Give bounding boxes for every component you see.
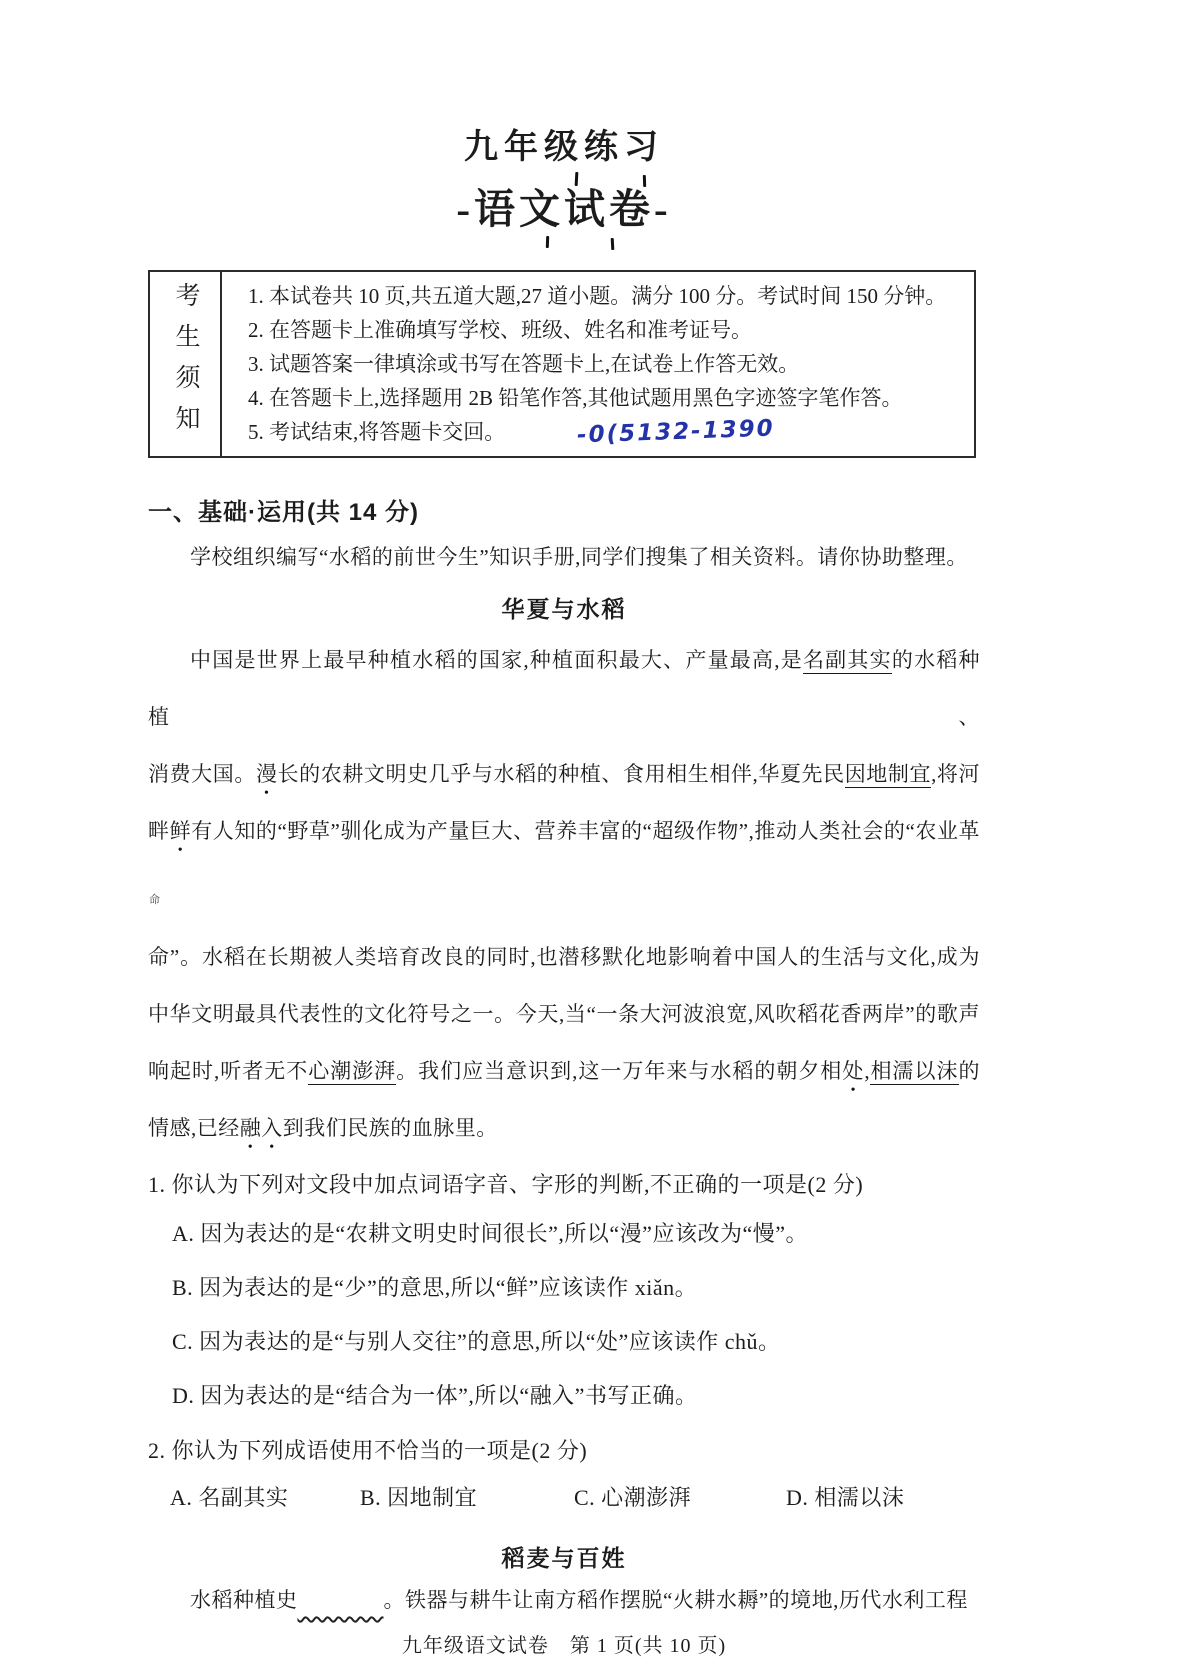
passage-line: 响起时,听者无不心潮澎湃。我们应当意识到,这一万年来与水稻的朝夕相处,相濡以沫的 [148,1043,980,1100]
text-segment-underline: 心潮澎湃 [308,1059,396,1085]
question-1-option-c: C. 因为表达的是“与别人交往”的意思,所以“处”应该读作 chǔ。 [148,1315,980,1369]
text-segment-dot: 融 [240,1116,262,1140]
passage-line: 中国是世界上最早种植水稻的国家,种植面积最大、产量最高,是名副其实的水稻种植、 [148,632,980,746]
notice-item: 4. 在答题卡上,选择题用 2B 铅笔作答,其他试题用黑色字迹签字笔作答。 [248,381,964,415]
paper-title: -语文试卷- [148,184,980,234]
text-segment-plain: 。我们应当意识到,这一万年来与水稻的朝夕相 [396,1059,842,1083]
handwritten-code: -0(5132-1390 [577,412,776,453]
text-segment-dot: 入 [261,1116,283,1140]
question-2-option-c: C. 心潮澎湃 [574,1473,786,1523]
exam-title: 九年级练习 [148,126,980,170]
page-footer: 九年级语文试卷 第 1 页(共 10 页) [148,1631,980,1661]
question-1-option-d: D. 因为表达的是“结合为一体”,所以“融入”书写正确。 [148,1369,980,1423]
notice-item: 2. 在答题卡上准确填写学校、班级、姓名和准考证号。 [248,313,964,347]
text-segment-underline: 因地制宜 [845,762,931,788]
passage-line: 情感,已经融入到我们民族的血脉里。 [148,1100,980,1157]
text-segment-plain: 长的农耕文明史几乎与水稻的种植、食用相生相伴,华夏先民 [278,762,845,786]
text-segment-wavy [298,1588,384,1612]
question-1-options: A. 因为表达的是“农耕文明史时间很长”,所以“漫”应该改为“慢”。 B. 因为… [148,1207,980,1423]
passage-daomai-line: 水稻种植史 。铁器与耕牛让南方稻作摆脱“火耕水耨”的境地,历代水利工程 [148,1575,980,1625]
text-segment-plain: 畔 [148,819,170,843]
passage-line: 中华文明最具代表性的文化符号之一。今天,当“一条大河波浪宽,风吹稻花香两岸”的歌… [148,986,980,1043]
question-2-option-d: D. 相濡以沫 [786,1473,980,1523]
text-segment-plain: 情感,已经 [148,1116,240,1140]
text-segment-underline: 相濡以沫 [870,1059,958,1085]
question-2-option-a: A. 名副其实 [170,1473,360,1523]
notice-item-text: 5. 考试结束,将答题卡交回。 [248,415,505,449]
question-1-option-b: B. 因为表达的是“少”的意思,所以“鲜”应该读作 xiǎn。 [148,1261,980,1315]
candidate-notice-box: 考生须知 1. 本试卷共 10 页,共五道大题,27 道小题。满分 100 分。… [148,270,976,458]
text-segment-plain: 有人知的“野草”驯化成为产量巨大、营养丰富的“超级作物”,推动人类社会的“农业革 [191,819,980,843]
notice-item: 1. 本试卷共 10 页,共五道大题,27 道小题。满分 100 分。考试时间 … [248,279,964,313]
text-segment-plain: 的 [959,1059,981,1083]
passage-title-huaxia: 华夏与水稻 [148,592,980,626]
text-segment-plain: 命”。水稻在长期被人类培育改良的同时,也潜移默化地影响着中国人的生活与文化,成为 [148,945,980,969]
question-1-option-a: A. 因为表达的是“农耕文明史时间很长”,所以“漫”应该改为“慢”。 [148,1207,980,1261]
text-segment-plain: 消费大国。 [148,762,256,786]
passage-line: 畔鲜有人知的“野草”驯化成为产量巨大、营养丰富的“超级作物”,推动人类社会的“农… [148,803,980,929]
text-segment-plain: 中华文明最具代表性的文化符号之一。今天,当“一条大河波浪宽,风吹稻花香两岸”的歌… [148,1002,980,1026]
section-intro-line: 学校组织编写“水稻的前世今生”知识手册,同学们搜集了相关资料。请你协助整理。 [148,540,980,574]
question-1-stem: 1. 你认为下列对文段中加点词语字音、字形的判断,不正确的一项是(2 分) [148,1163,980,1207]
notice-item: 5. 考试结束,将答题卡交回。 -0(5132-1390 [248,415,964,449]
text-segment-dot: 处 [842,1059,864,1083]
text-segment-plain: ,将河 [931,762,980,786]
text-segment-artifact: 命 [149,894,161,906]
notice-items: 1. 本试卷共 10 页,共五道大题,27 道小题。满分 100 分。考试时间 … [222,272,974,456]
text-segment-plain: 响起时,听者无不 [148,1059,308,1083]
notice-side-label: 考生须知 [150,272,222,456]
passage-line: 消费大国。漫长的农耕文明史几乎与水稻的种植、食用相生相伴,华夏先民因地制宜,将河 [148,746,980,803]
passage-huaxia: 中国是世界上最早种植水稻的国家,种植面积最大、产量最高,是名副其实的水稻种植、 … [148,632,980,1157]
text-segment-plain: 水稻种植史 [190,1588,298,1612]
text-segment-plain: 。铁器与耕牛让南方稻作摆脱“火耕水耨”的境地,历代水利工程 [384,1588,968,1612]
passage-line: 命”。水稻在长期被人类培育改良的同时,也潜移默化地影响着中国人的生活与文化,成为 [148,929,980,986]
section-one-heading: 一、基础·运用(共 14 分) [148,496,980,530]
text-segment-plain: 到我们民族的血脉里。 [283,1116,498,1140]
text-segment-plain: 中国是世界上最早种植水稻的国家,种植面积最大、产量最高,是 [190,648,803,672]
text-segment-underline: 名副其实 [803,648,892,674]
exam-paper-page: 九年级练习 -语文试卷- 考生须知 1. 本试卷共 10 页,共五道大题,27 … [0,0,1190,1678]
text-segment-dot: 漫 [256,762,278,786]
question-2-stem: 2. 你认为下列成语使用不恰当的一项是(2 分) [148,1429,980,1473]
passage-title-daomai: 稻麦与百姓 [148,1541,980,1575]
question-2-option-b: B. 因地制宜 [360,1473,574,1523]
notice-item: 3. 试题答案一律填涂或书写在答题卡上,在试卷上作答无效。 [248,347,964,381]
question-2-options: A. 名副其实 B. 因地制宜 C. 心潮澎湃 D. 相濡以沫 [148,1473,980,1523]
text-segment-dot: 鲜 [170,819,192,843]
